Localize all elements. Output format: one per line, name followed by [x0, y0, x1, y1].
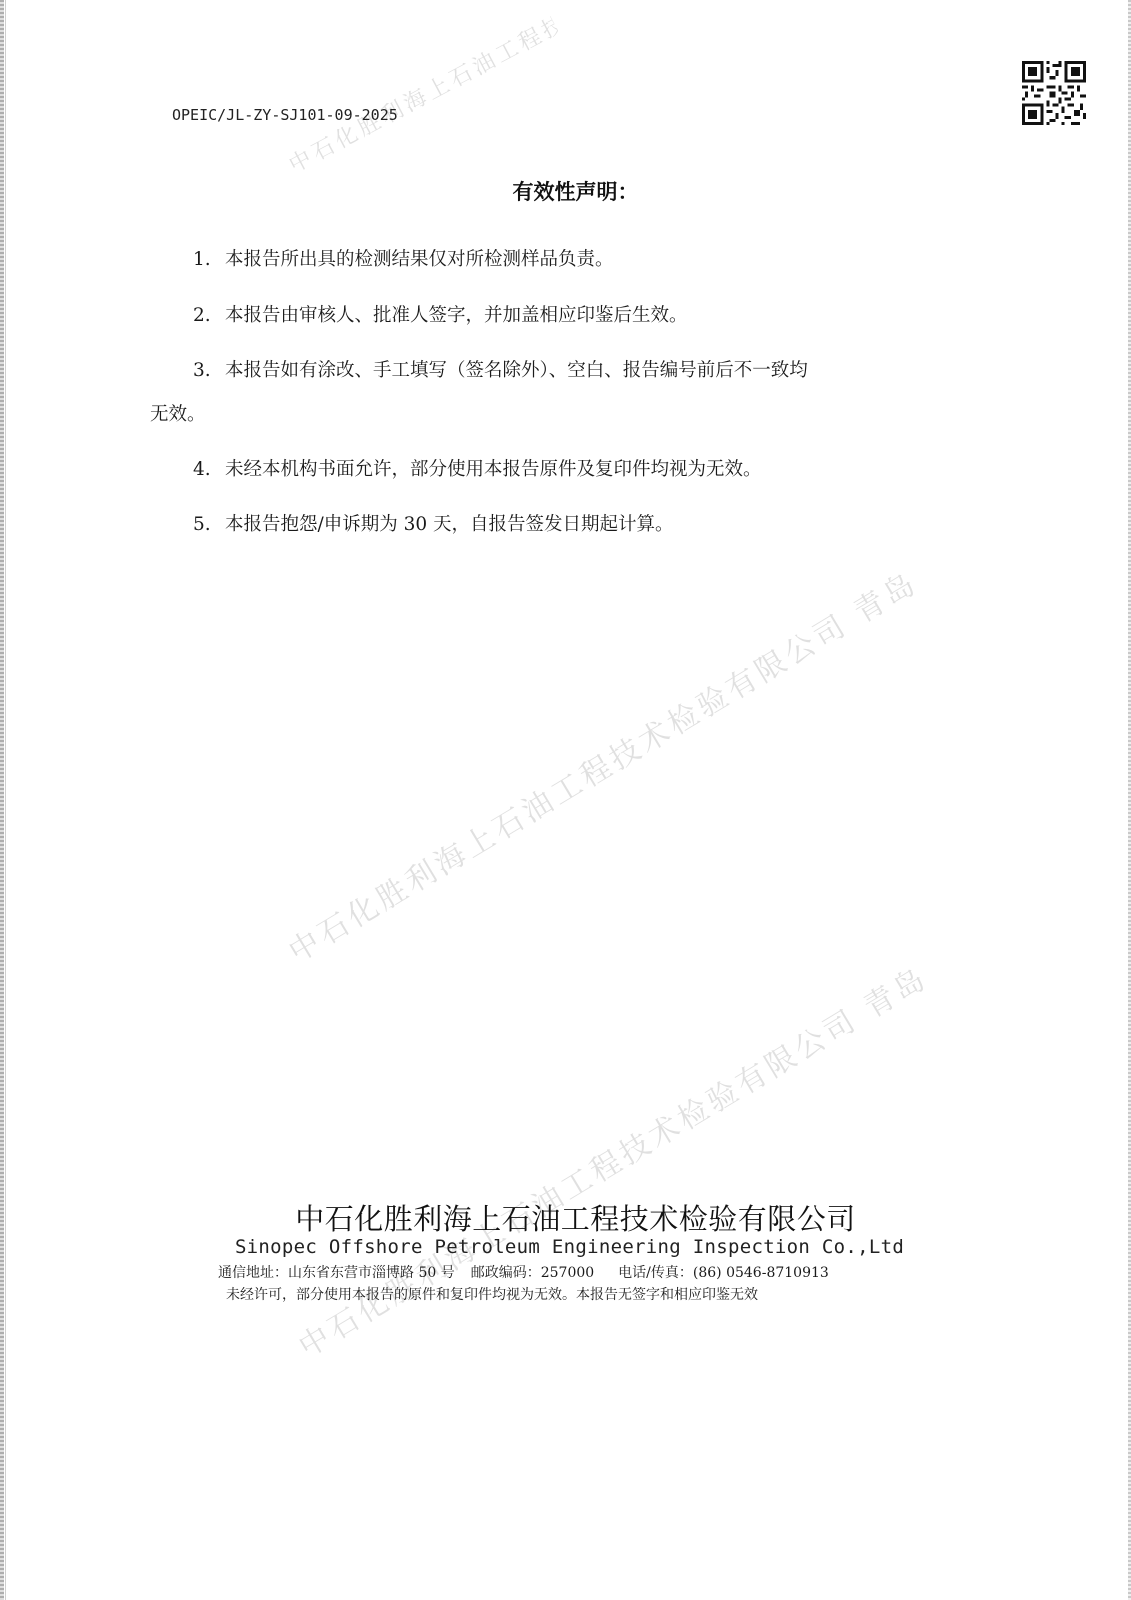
contact-line: 通信地址：山东省东营市淄博路 50 号邮政编码：257000电话/传真：(86)… — [218, 1262, 829, 1282]
scan-edge-line — [5, 0, 6, 1600]
clause-3: 3.本报告如有涂改、手工填写（签名除外）、空白、报告编号前后不一致均 — [193, 356, 808, 382]
document-code: OPEIC/JL-ZY-SJ101-09-2025 — [172, 106, 398, 124]
clause-text: 未经本机构书面允许，部分使用本报告原件及复印件均视为无效。 — [225, 459, 762, 480]
validity-statement-title: 有效性声明： — [0, 176, 1131, 206]
company-name-chinese: 中石化胜利海上石油工程技术检验有限公司 — [0, 1197, 1131, 1238]
watermark-top: 中石化胜利海上石油工程技术检验有限公司 青岛 — [283, 11, 562, 179]
clause-5: 5.本报告抱怨/申诉期为 30 天，自报告签发日期起计算。 — [193, 510, 674, 536]
address-value: 山东省东营市淄博路 50 号 — [288, 1262, 455, 1282]
clause-text: 本报告抱怨/申诉期为 30 天，自报告签发日期起计算。 — [225, 514, 674, 535]
address-label: 通信地址： — [218, 1262, 288, 1282]
qr-code-icon — [1022, 61, 1086, 125]
clause-number: 5. — [193, 514, 225, 535]
postcode-value: 257000 — [541, 1265, 594, 1281]
scan-edge-left — [0, 0, 4, 1600]
clause-text: 本报告由审核人、批准人签字，并加盖相应印鉴后生效。 — [225, 305, 688, 326]
phone-value: (86) 0546-8710913 — [693, 1265, 829, 1281]
phone-label: 电话/传真： — [618, 1262, 693, 1282]
clause-4: 4.未经本机构书面允许，部分使用本报告原件及复印件均视为无效。 — [193, 455, 762, 481]
clause-text: 本报告如有涂改、手工填写（签名除外）、空白、报告编号前后不一致均 — [225, 360, 808, 381]
clause-1: 1.本报告所出具的检测结果仅对所检测样品负责。 — [193, 245, 614, 271]
clause-text: 本报告所出具的检测结果仅对所检测样品负责。 — [225, 249, 614, 270]
company-name-english: Sinopec Offshore Petroleum Engineering I… — [0, 1236, 1131, 1258]
clause-3-continuation: 无效。 — [150, 400, 206, 426]
postcode-label: 邮政编码： — [471, 1262, 541, 1282]
clause-2: 2.本报告由审核人、批准人签字，并加盖相应印鉴后生效。 — [193, 301, 688, 327]
clause-number: 4. — [193, 459, 225, 480]
watermark-middle: 中石化胜利海上石油工程技术检验有限公司 青岛 — [279, 558, 925, 970]
clause-number: 1. — [193, 249, 225, 270]
footer-notice: 未经许可，部分使用本报告的原件和复印件均视为无效。本报告无签字和相应印鉴无效 — [226, 1284, 758, 1304]
clause-number: 2. — [193, 305, 225, 326]
clause-number: 3. — [193, 360, 225, 381]
